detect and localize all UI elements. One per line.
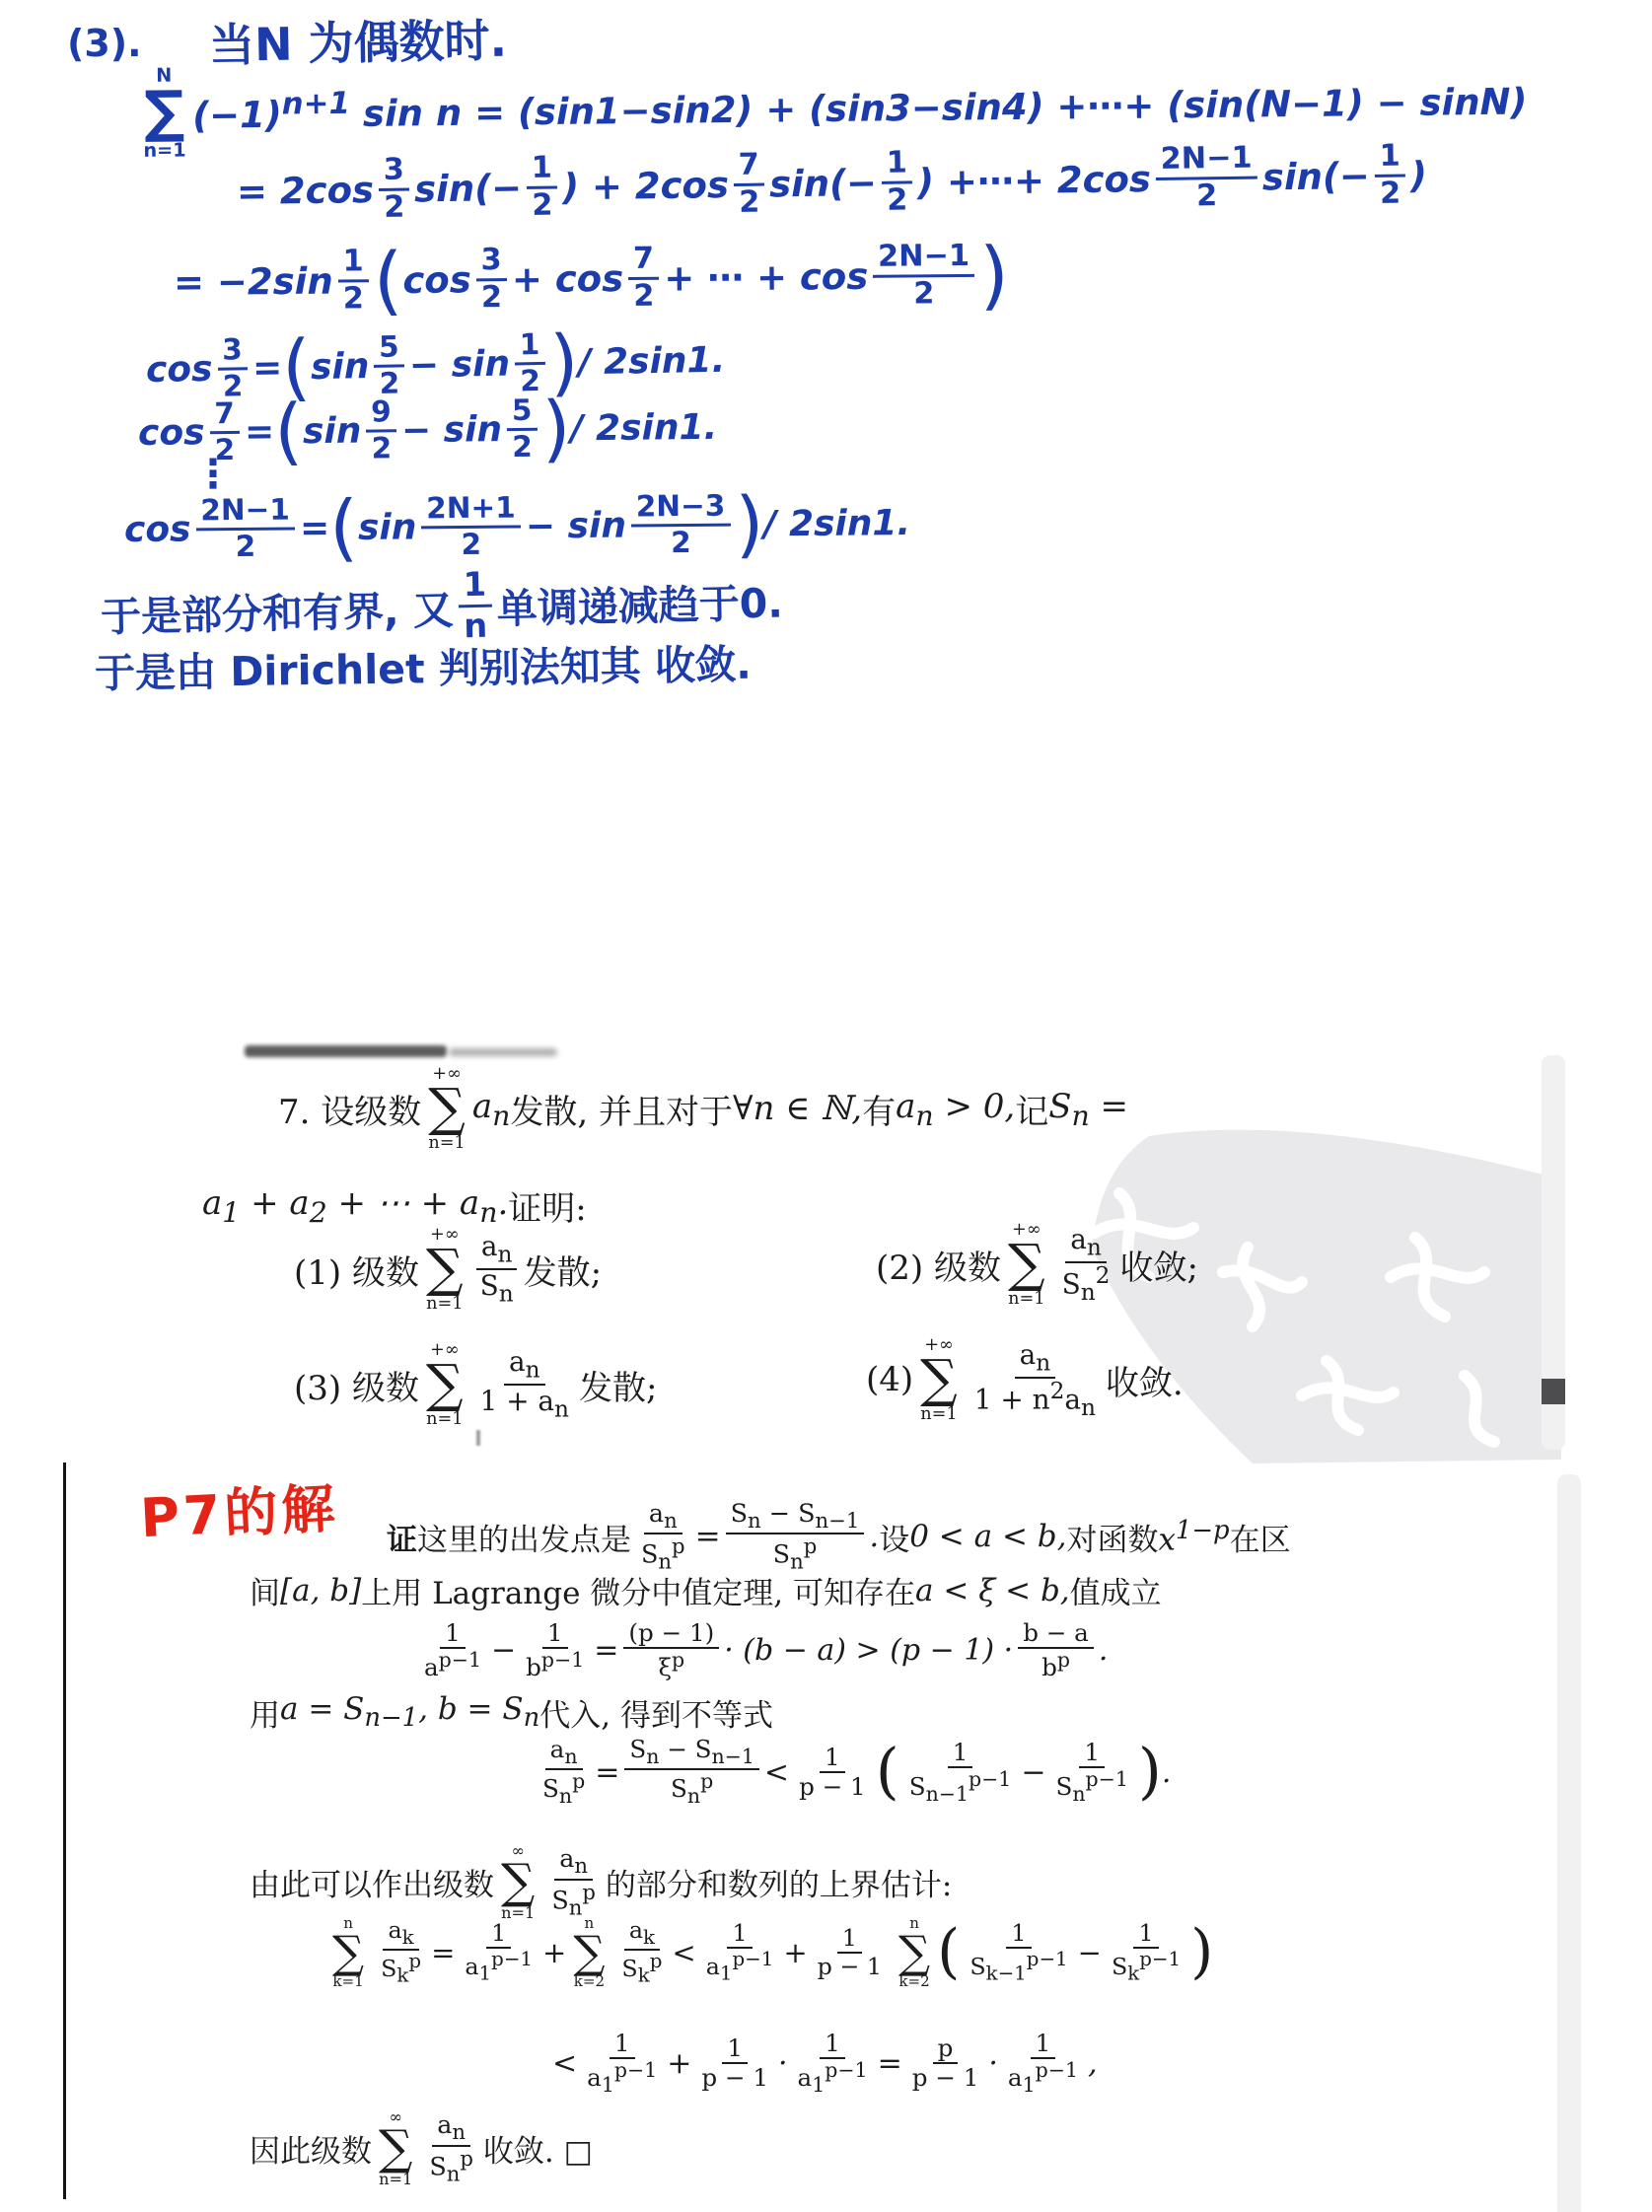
summation-symbol: +∞∑n=1 — [426, 1226, 464, 1314]
text-run: 有 — [862, 1085, 896, 1133]
summation-symbol: +∞∑n=1 — [920, 1336, 958, 1424]
text-run: . — [869, 1519, 879, 1554]
text-run: cos — [402, 258, 471, 302]
text-run: = — [594, 1633, 618, 1668]
text-run: + ⋯ + cos — [664, 255, 868, 300]
text-run: 设 — [879, 1515, 909, 1559]
text-run: 因此级数 — [250, 2126, 372, 2171]
fraction: 52 — [374, 330, 405, 400]
text-run: 7. 设级数 — [278, 1085, 421, 1133]
fraction: 2N−12 — [873, 240, 975, 313]
scrollbar-thumb[interactable] — [1542, 1379, 1565, 1404]
fraction: 1a1p−1 — [1003, 2030, 1083, 2098]
fraction: anSnp — [424, 2110, 478, 2185]
summation-symbol: ∞∑n=1 — [379, 2108, 412, 2188]
fraction: 52 — [507, 394, 538, 464]
text-run: sin — [358, 507, 417, 548]
text-run: x1−p — [1159, 1516, 1230, 1557]
fraction: 1Skp−1 — [1107, 1920, 1185, 1986]
fraction: pp − 1 — [907, 2034, 984, 2093]
text-run: 发散; — [524, 1246, 602, 1294]
fraction: 1bp−1 — [521, 1619, 589, 1682]
text-run: = — [878, 2046, 902, 2081]
problem-item-1: (1) 级数 +∞∑n=1anSn 发散; — [294, 1226, 602, 1314]
problem-statement-line-1: 7. 设级数 +∞∑n=1an 发散, 并且对于 ∀n ∈ ℕ, 有 an > … — [278, 1065, 1128, 1153]
solution-upper-bound-intro: 由此可以作出级数 ∞∑n=1anSnp 的部分和数列的上界估计: — [250, 1842, 952, 1922]
hand-factored-form: = −2sin12(cos32+ cos72+ ⋯ + cos2N−12) — [174, 240, 1009, 319]
big-parenthesis: ) — [1138, 1748, 1162, 1796]
text-run: 收敛. — [1106, 1356, 1184, 1404]
text-run: < — [764, 1755, 789, 1790]
text-run: cos — [138, 412, 205, 454]
summation-symbol: N∑n=1 — [142, 64, 185, 160]
text-run: 单调递减趋于0. — [496, 570, 783, 634]
text-run: sin(− — [1262, 155, 1371, 199]
text-run: 代入, 得到不等式 — [539, 1690, 773, 1735]
big-parenthesis: ( — [274, 402, 303, 461]
fraction: 1a1p−1 — [793, 2030, 873, 2098]
fraction: 1p − 1 — [696, 2034, 773, 2093]
fraction: 72 — [733, 149, 764, 221]
text-run: < — [552, 2046, 577, 2081]
fraction: 1p − 1 — [794, 1744, 871, 1802]
summation-symbol: n∑k=2 — [898, 1915, 930, 1990]
text-run: ∕ 2sin1. — [763, 503, 910, 544]
text-run: − sin — [409, 343, 511, 386]
big-parenthesis: ( — [937, 1929, 960, 1976]
hand-vertical-dots: ⋮ — [193, 452, 233, 497]
text-run: 上用 Lagrange 微分中值定理, 可知存在 — [361, 1568, 915, 1612]
solution-term-inequality: anSnp = Sn − Sn−1Snp < 1p − 1(1Sn−1p−1 −… — [533, 1736, 1171, 1809]
text-run: ) — [1410, 154, 1428, 196]
text-run: . — [1099, 1633, 1109, 1668]
text-run: 发散, 并且对于 — [510, 1085, 733, 1133]
scan-smudge-artifact-light — [449, 1048, 557, 1056]
solution-lagrange-inequality: 1ap−1 − 1bp−1 = (p − 1)ξp · (b − a) > (p… — [414, 1619, 1108, 1682]
text-run: (2) 级数 — [876, 1241, 1001, 1289]
text-run: . — [1162, 1755, 1172, 1790]
document-page: (3). 当N 为偶数时. N∑n=1(−1)n+1 sin n = (sin1… — [0, 0, 1652, 2212]
text-run: 于是部分和有界, 又 — [100, 577, 454, 642]
text-run: Sn = — [1048, 1087, 1128, 1132]
fraction: (p − 1)ξp — [623, 1619, 719, 1682]
fraction: 1a1p−1 — [701, 1920, 779, 1986]
text-run: = −2sin — [174, 259, 333, 303]
text-run: − sin — [401, 409, 503, 451]
fraction: 1Sk−1p−1 — [965, 1920, 1072, 1986]
big-parenthesis: ( — [876, 1748, 899, 1796]
fraction: 1a1p−1 — [460, 1920, 538, 1986]
fraction: 1ap−1 — [419, 1619, 486, 1682]
summation-symbol: +∞∑n=1 — [426, 1341, 464, 1429]
fraction: 2N+12 — [421, 491, 521, 562]
fraction: 12 — [882, 146, 913, 218]
text-run: 由此可以作出级数 — [250, 1860, 494, 1904]
text-run: a = Sn−1, b = Sn — [280, 1691, 539, 1733]
fraction: 32 — [217, 333, 249, 403]
hand-cos-identity-general: cos2N−12=(sin2N+12− sin2N−32)∕ 2sin1. — [124, 488, 911, 565]
text-run: ∕ 2sin1. — [578, 340, 726, 384]
text-run: (−1)n+1 sin n = (sin1−sin2) + (sin3−sin4… — [192, 73, 1528, 136]
hand-part-label: (3). — [67, 22, 142, 65]
text-run: 收敛; — [1119, 1241, 1197, 1289]
solution-substitution-line: 用 a = Sn−1, b = Sn 代入, 得到不等式 — [250, 1690, 773, 1735]
text-run: ∀n ∈ ℕ, — [733, 1089, 862, 1128]
text-run: 间 — [250, 1568, 280, 1612]
red-handwritten-annotation: P7的解 — [138, 1466, 340, 1552]
fraction: 12 — [1374, 139, 1405, 211]
fraction: 1a1p−1 — [582, 2030, 662, 2098]
fraction: 1Snp−1 — [1050, 1739, 1132, 1807]
fraction: anSnp — [546, 1844, 601, 1919]
text-run: 证明: — [508, 1181, 586, 1230]
text-run: + — [667, 2046, 691, 2081]
fraction: 32 — [475, 244, 507, 316]
fraction: Sn − Sn−1Snp — [726, 1499, 865, 1574]
problem-item-3: (3) 级数 +∞∑n=1an1 + an 发散; — [294, 1341, 657, 1429]
text-run: 对函数 — [1067, 1515, 1159, 1559]
solution-proof-line-2: 间 [a, b] 上用 Lagrange 微分中值定理, 可知存在 a < ξ … — [250, 1568, 1162, 1612]
text-run: · (b − a) > (p − 1) · — [724, 1633, 1013, 1668]
text-run: ∕ 2sin1. — [570, 407, 717, 450]
text-run: 这里的出发点是 — [417, 1515, 631, 1559]
text-run: = — [300, 508, 330, 548]
fraction: 2N−12 — [195, 493, 295, 564]
fraction: akSkp — [376, 1917, 426, 1988]
text-run: 发散; — [579, 1361, 657, 1409]
solution-final-bound: < 1a1p−1 + 1p − 1 · 1a1p−1 = pp − 1 · 1a… — [552, 2030, 1098, 2098]
text-run: 记 — [1015, 1085, 1048, 1133]
text-run: = — [695, 1519, 721, 1554]
text-run: = — [595, 1755, 619, 1790]
text-run: − — [1021, 1755, 1045, 1790]
text-run: = 2cos — [237, 169, 375, 213]
big-parenthesis: ( — [374, 250, 403, 311]
fraction: an1 + an — [475, 1346, 574, 1424]
fraction: 12 — [527, 151, 558, 223]
text-run: 的部分和数列的上界估计: — [606, 1860, 952, 1904]
fraction: akSkp — [616, 1917, 667, 1988]
fraction: 92 — [366, 395, 396, 465]
text-run: − sin — [526, 505, 626, 546]
fraction: 12 — [514, 328, 545, 398]
fraction: anSnp — [538, 1736, 590, 1809]
text-run: sin(− — [769, 162, 878, 206]
text-run: a < ξ < b, — [915, 1573, 1070, 1608]
big-parenthesis: ) — [1190, 1929, 1213, 1976]
text-run: = — [252, 348, 283, 390]
summation-symbol: ∞∑n=1 — [501, 1842, 535, 1922]
text-run: (1) 级数 — [294, 1246, 419, 1294]
problem-item-2: (2) 级数 +∞∑n=1anSn2 收敛; — [876, 1221, 1198, 1309]
text-run: an > 0, — [896, 1087, 1015, 1132]
text-run: cos — [124, 509, 191, 550]
big-parenthesis: ) — [549, 333, 579, 392]
fraction: 1Sn−1p−1 — [904, 1739, 1017, 1807]
text-run: + cos — [512, 257, 624, 301]
fraction: anSnp — [636, 1499, 690, 1574]
fraction: 1n — [458, 566, 493, 646]
text-run: (3) 级数 — [294, 1361, 419, 1409]
text-run: 在区 — [1230, 1515, 1291, 1559]
page-margin-line — [63, 1463, 66, 2199]
fraction: anSn — [475, 1231, 519, 1309]
solution-partial-sum-estimate: n∑k=1akSkp = 1a1p−1 + n∑k=2akSkp < 1a1p−… — [325, 1915, 1213, 1990]
fraction: an1 + n2an — [970, 1339, 1101, 1422]
text-run: − — [1078, 1936, 1102, 1969]
text-run: ) + 2cos — [562, 164, 729, 208]
text-run: = — [431, 1936, 455, 1969]
fraction: 12 — [337, 245, 369, 317]
text-run: 收敛. □ — [483, 2126, 593, 2171]
text-run: = — [245, 411, 275, 452]
text-run: ) +⋯+ 2cos — [917, 158, 1151, 203]
fraction: 32 — [378, 154, 409, 226]
text-run: 用 — [250, 1690, 280, 1735]
summation-symbol: +∞∑n=1 — [428, 1065, 466, 1153]
summation-symbol: +∞∑n=1 — [1008, 1221, 1045, 1309]
problem-item-4: (4) +∞∑n=1an1 + n2an 收敛. — [866, 1336, 1184, 1424]
fraction: anSn2 — [1057, 1224, 1115, 1307]
text-run: + — [542, 1936, 566, 1969]
scan-smudge-artifact — [245, 1045, 447, 1057]
problem-statement-line-2: a1 + a2 + ⋯ + an. 证明: — [202, 1181, 587, 1230]
text-run: [a, b] — [280, 1573, 361, 1608]
fraction: b − abp — [1018, 1619, 1094, 1682]
text-run: 0 < a < b, — [909, 1519, 1066, 1554]
scrollbar-track-lower — [1557, 1474, 1581, 2212]
solution-proof-line-1: 证 这里的出发点是 anSnp = Sn − Sn−1Snp. 设 0 < a … — [387, 1499, 1291, 1574]
fraction: 2N−12 — [1155, 142, 1257, 215]
text-run: < — [672, 1936, 695, 1969]
text-run: + — [783, 1936, 807, 1969]
text-run: (4) — [866, 1360, 913, 1399]
cropped-next-line-artifact — [476, 1430, 480, 1446]
text-run: , — [1088, 2046, 1098, 2081]
text-run: cos — [146, 349, 213, 391]
summation-symbol: n∑k=2 — [573, 1915, 605, 1990]
fraction: Sn − Sn−1Snp — [624, 1736, 759, 1809]
big-parenthesis: ( — [329, 499, 358, 557]
text-run: · — [988, 2046, 998, 2081]
text-run: 值成立 — [1070, 1568, 1162, 1612]
fraction: 2N−32 — [631, 490, 731, 561]
big-parenthesis: ) — [735, 495, 763, 553]
text-run: sin — [303, 411, 362, 453]
fraction: 72 — [628, 243, 660, 315]
text-run: sin(− — [414, 167, 523, 211]
big-parenthesis: ) — [541, 399, 570, 458]
text-run: sin — [311, 346, 370, 388]
hand-dirichlet-conclusion: 于是由 Dirichlet 判别法知其 收敛. — [95, 632, 752, 699]
proof-label: 证 — [387, 1515, 417, 1559]
summation-symbol: n∑k=1 — [332, 1915, 364, 1990]
hand-product-form: = 2cos32sin(−12) + 2cos72sin(−12) +⋯+ 2c… — [236, 139, 1427, 228]
big-parenthesis: ) — [979, 246, 1009, 306]
text-run: − — [491, 1633, 516, 1668]
fraction: 1p − 1 — [813, 1925, 887, 1981]
text-run: a1 + a2 + ⋯ + an. — [202, 1183, 508, 1229]
text-run: · — [778, 2046, 788, 2081]
solution-conclusion: 因此级数 ∞∑n=1anSnp 收敛. □ — [250, 2108, 593, 2188]
text-run: an — [472, 1087, 511, 1132]
